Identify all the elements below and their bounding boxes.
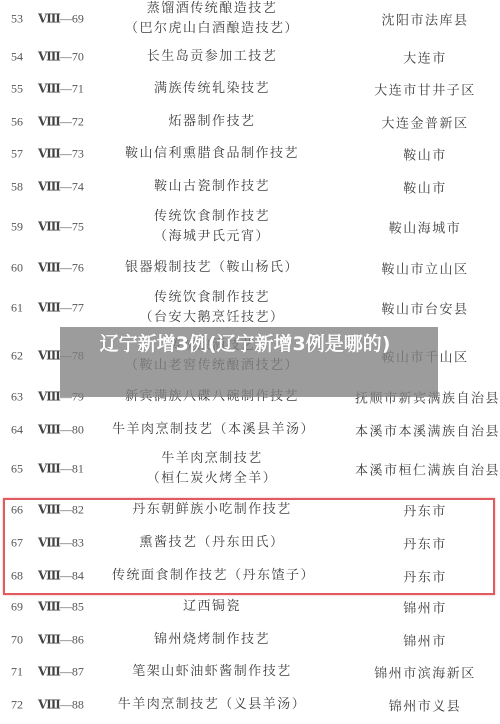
project-code: Ⅷ—77 [38,301,84,316]
project-name-line: 牛羊肉烹制技艺 [112,449,312,469]
table-row: 55Ⅷ—71满族传统轧染技艺大连市甘井子区 [0,73,500,105]
project-name: 笔架山虾油虾酱制作技艺 [112,662,312,682]
project-code: Ⅷ—71 [38,82,84,97]
project-code-number: —84 [60,569,84,583]
project-name: 传统饮食制作技艺（台安大鹅烹饪技艺） [112,288,312,328]
project-name-line: （台安大鹅烹饪技艺） [112,308,312,328]
project-name: 炻器制作技艺 [112,112,312,132]
table-row: 58Ⅷ—74鞍山古瓷制作技艺鞍山市 [0,171,500,203]
category-roman-numeral: Ⅷ [38,423,60,437]
applicant-region: 大连市 [355,48,495,67]
table-row: 53Ⅷ—69蒸馏酒传统酿造技艺（巴尔虎山白酒酿造技艺）沈阳市法库县 [0,0,500,38]
category-roman-numeral: Ⅷ [38,50,60,64]
project-code: Ⅷ—81 [38,462,84,477]
table-row: 57Ⅷ—73鞍山信利熏腊食品制作技艺鞍山市 [0,138,500,170]
applicant-region: 锦州市义县 [355,696,495,715]
project-code: Ⅷ—82 [38,503,84,518]
project-name: 鞍山古瓷制作技艺 [112,177,312,197]
category-roman-numeral: Ⅷ [38,536,60,550]
applicant-region: 本溪市本溪满族自治县 [355,421,495,440]
category-roman-numeral: Ⅷ [38,665,60,679]
project-name-line: 银器煅制技艺（鞍山杨氏） [112,258,312,278]
row-number: 63 [11,390,23,405]
project-code-number: —82 [60,503,84,517]
category-roman-numeral: Ⅷ [38,569,60,583]
category-roman-numeral: Ⅷ [38,600,60,614]
project-name-line: 蒸馏酒传统酿造技艺 [112,0,312,19]
table-row: 67Ⅷ—83熏酱技艺（丹东田氏）丹东市 [0,527,500,559]
category-roman-numeral: Ⅷ [38,115,60,129]
table-row: 69Ⅷ—85辽西锔瓷锦州市 [0,591,500,623]
project-name: 长生岛贡参加工技艺 [112,47,312,67]
row-number: 55 [11,82,23,97]
applicant-region: 沈阳市法库县 [355,10,495,29]
row-number: 60 [11,261,23,276]
project-name-line: （巴尔虎山白酒酿造技艺） [112,19,312,39]
applicant-region: 大连金普新区 [355,113,495,132]
project-name-line: 炻器制作技艺 [112,112,312,132]
table-row: 66Ⅷ—82丹东朝鲜族小吃制作技艺丹东市 [0,494,500,526]
table-row: 70Ⅷ—86锦州烧烤制作技艺锦州市 [0,624,500,656]
project-code: Ⅷ—73 [38,147,84,162]
applicant-region: 本溪市桓仁满族自治县 [355,460,495,479]
applicant-region: 丹东市 [355,567,495,586]
project-name-line: 传统饮食制作技艺 [112,207,312,227]
row-number: 70 [11,633,23,648]
table-row: 71Ⅷ—87笔架山虾油虾酱制作技艺锦州市滨海新区 [0,656,500,688]
row-number: 53 [11,12,23,27]
row-number: 67 [11,536,23,551]
project-name: 丹东朝鲜族小吃制作技艺 [112,500,312,520]
project-name-line: （桓仁炭火烤全羊） [112,469,312,489]
row-number: 69 [11,600,23,615]
project-name: 辽西锔瓷 [112,597,312,617]
project-name-line: 传统饮食制作技艺 [112,288,312,308]
project-name-line: 丹东朝鲜族小吃制作技艺 [112,500,312,520]
applicant-region: 鞍山市 [355,145,495,164]
project-code-number: —69 [60,12,84,26]
project-code: Ⅷ—75 [38,220,84,235]
project-name: 蒸馏酒传统酿造技艺（巴尔虎山白酒酿造技艺） [112,0,312,39]
table-row: 60Ⅷ—76银器煅制技艺（鞍山杨氏）鞍山市立山区 [0,252,500,284]
project-code: Ⅷ—70 [38,50,84,65]
category-roman-numeral: Ⅷ [38,462,60,476]
applicant-region: 鞍山市台安县 [355,299,495,318]
category-roman-numeral: Ⅷ [38,261,60,275]
project-name: 牛羊肉烹制技艺（桓仁炭火烤全羊） [112,449,312,489]
project-name: 满族传统轧染技艺 [112,79,312,99]
project-name: 熏酱技艺（丹东田氏） [112,533,312,553]
applicant-region: 鞍山市立山区 [355,259,495,278]
project-name-line: 传统面食制作技艺（丹东馇子） [112,566,312,586]
applicant-region: 大连市甘井子区 [355,80,495,99]
project-name-line: 牛羊肉烹制技艺（本溪县羊汤） [112,420,312,440]
overlay-title: 辽宁新增3例(辽宁新增3例是哪的) [70,332,430,356]
category-roman-numeral: Ⅷ [38,12,60,26]
row-number: 64 [11,423,23,438]
table-row: 65Ⅷ—81牛羊肉烹制技艺（桓仁炭火烤全羊）本溪市桓仁满族自治县 [0,448,500,490]
project-code-number: —75 [60,220,84,234]
category-roman-numeral: Ⅷ [38,82,60,96]
applicant-region: 鞍山海城市 [355,218,495,237]
category-roman-numeral: Ⅷ [38,349,60,363]
project-name-line: 长生岛贡参加工技艺 [112,47,312,67]
row-number: 66 [11,503,23,518]
applicant-region: 锦州市 [355,598,495,617]
applicant-region: 锦州市 [355,631,495,650]
project-code-number: —88 [60,698,84,712]
category-roman-numeral: Ⅷ [38,633,60,647]
project-code: Ⅷ—72 [38,115,84,130]
project-code: Ⅷ—88 [38,698,84,713]
table-row: 72Ⅷ—88牛羊肉烹制技艺（义县羊汤）锦州市义县 [0,689,500,721]
project-name-line: （海城尹氏元宵） [112,227,312,247]
project-name-line: 锦州烧烤制作技艺 [112,630,312,650]
row-number: 65 [11,462,23,477]
project-code: Ⅷ—74 [38,180,84,195]
project-name-line: 鞍山古瓷制作技艺 [112,177,312,197]
project-name: 传统面食制作技艺（丹东馇子） [112,566,312,586]
category-roman-numeral: Ⅷ [38,147,60,161]
category-roman-numeral: Ⅷ [38,301,60,315]
project-code-number: —77 [60,301,84,315]
applicant-region: 丹东市 [355,501,495,520]
project-code-number: —73 [60,147,84,161]
project-code-number: —71 [60,82,84,96]
title-overlay-banner[interactable]: 辽宁新增3例(辽宁新增3例是哪的) [60,327,438,397]
project-code: Ⅷ—86 [38,633,84,648]
table-row: 59Ⅷ—75传统饮食制作技艺（海城尹氏元宵）鞍山海城市 [0,206,500,248]
project-code-number: —72 [60,115,84,129]
project-name: 银器煅制技艺（鞍山杨氏） [112,258,312,278]
project-name-line: 熏酱技艺（丹东田氏） [112,533,312,553]
project-code: Ⅷ—80 [38,423,84,438]
project-code-number: —86 [60,633,84,647]
table-row: 61Ⅷ—77传统饮食制作技艺（台安大鹅烹饪技艺）鞍山市台安县 [0,287,500,329]
project-code: Ⅷ—85 [38,600,84,615]
project-code-number: —85 [60,600,84,614]
project-name-line: 笔架山虾油虾酱制作技艺 [112,662,312,682]
project-code-number: —87 [60,665,84,679]
category-roman-numeral: Ⅷ [38,503,60,517]
table-row: 68Ⅷ—84传统面食制作技艺（丹东馇子）丹东市 [0,560,500,592]
project-code-number: —70 [60,50,84,64]
project-name-line: 鞍山信利熏腊食品制作技艺 [112,144,312,164]
row-number: 58 [11,180,23,195]
applicant-region: 鞍山市 [355,178,495,197]
project-code-number: —80 [60,423,84,437]
project-name: 传统饮食制作技艺（海城尹氏元宵） [112,207,312,247]
project-code: Ⅷ—76 [38,261,84,276]
project-code: Ⅷ—84 [38,569,84,584]
project-code: Ⅷ—69 [38,12,84,27]
table-row: 54Ⅷ—70长生岛贡参加工技艺大连市 [0,41,500,73]
project-code-number: —76 [60,261,84,275]
category-roman-numeral: Ⅷ [38,180,60,194]
project-code-number: —81 [60,462,84,476]
row-number: 56 [11,115,23,130]
row-number: 71 [11,665,23,680]
project-name-line: 辽西锔瓷 [112,597,312,617]
project-code: Ⅷ—87 [38,665,84,680]
row-number: 62 [11,349,23,364]
project-name-line: 满族传统轧染技艺 [112,79,312,99]
project-name: 鞍山信利熏腊食品制作技艺 [112,144,312,164]
project-name: 牛羊肉烹制技艺（本溪县羊汤） [112,420,312,440]
row-number: 61 [11,301,23,316]
row-number: 59 [11,220,23,235]
table-row: 56Ⅷ—72炻器制作技艺大连金普新区 [0,106,500,138]
row-number: 68 [11,569,23,584]
project-name: 锦州烧烤制作技艺 [112,630,312,650]
project-code-number: —83 [60,536,84,550]
project-code-number: —74 [60,180,84,194]
category-roman-numeral: Ⅷ [38,698,60,712]
row-number: 72 [11,698,23,713]
applicant-region: 丹东市 [355,534,495,553]
project-code: Ⅷ—83 [38,536,84,551]
row-number: 57 [11,147,23,162]
row-number: 54 [11,50,23,65]
project-name-line: 牛羊肉烹制技艺（义县羊汤） [112,695,312,715]
project-name: 牛羊肉烹制技艺（义县羊汤） [112,695,312,715]
table-row: 64Ⅷ—80牛羊肉烹制技艺（本溪县羊汤）本溪市本溪满族自治县 [0,414,500,446]
category-roman-numeral: Ⅷ [38,220,60,234]
category-roman-numeral: Ⅷ [38,390,60,404]
applicant-region: 锦州市滨海新区 [355,663,495,682]
